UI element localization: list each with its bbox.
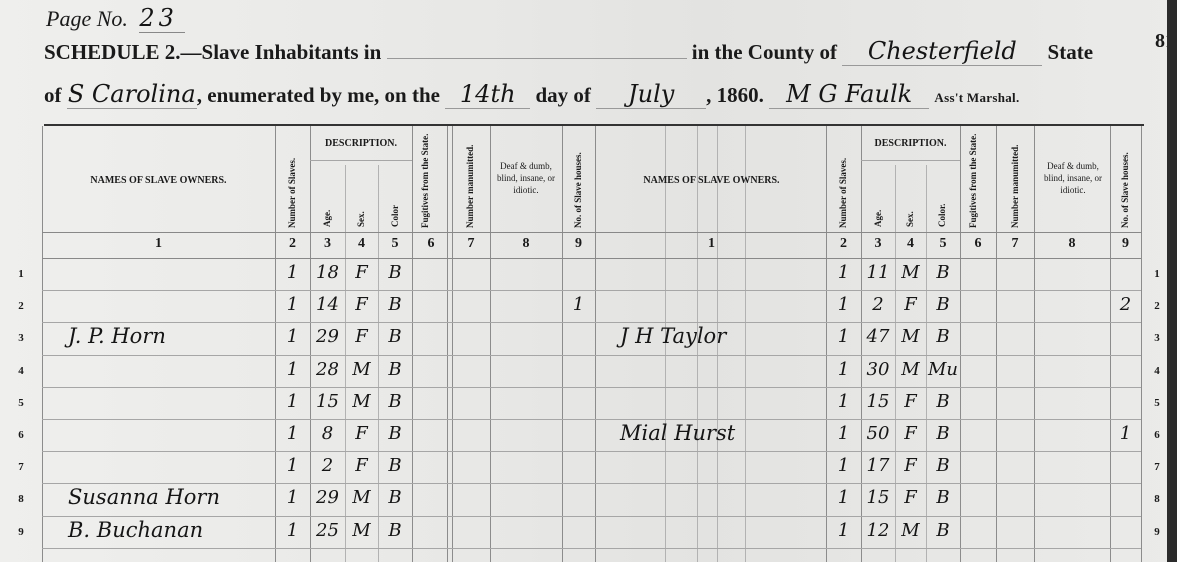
page-label: Page No. [46,6,128,31]
manumitted-header: Number manumitted. [465,130,475,228]
schedule-title-line: SCHEDULE 2.—Slave Inhabitants in in the … [44,37,1154,66]
description-header-right: DESCRIPTION. [861,138,960,150]
owner-name: B. Buchanan [68,518,203,542]
cell-age: 2 [861,294,895,315]
cell-color: B [926,391,960,412]
county-label: in the County of [692,40,837,64]
row-rule [42,548,1141,549]
grid-line [996,126,997,562]
page-number: 23 [139,4,185,33]
locality-blank [387,58,687,59]
table-top-rule [44,124,1144,126]
cell-color: B [378,262,412,283]
cell-color: B [378,294,412,315]
cell-color: B [378,423,412,444]
row-number-right: 6 [1150,429,1164,441]
grid-line [452,126,453,562]
cell-count: 1 [826,520,861,541]
marshal-label: Ass't Marshal. [934,90,1019,105]
owner-name: Susanna Horn [68,485,220,509]
colnum-1: 1 [42,236,275,252]
houses-header: No. of Slave houses. [573,130,583,228]
cell-sex: M [895,262,926,283]
page-number-label: Page No. 23 [46,4,185,33]
row-number: 9 [14,526,28,538]
grid-line [595,126,596,562]
sex-header: Sex. [356,195,366,227]
colnum-7-right: 7 [996,236,1034,252]
cell-sex: F [345,294,378,315]
row-rule [42,387,1141,388]
description-header: DESCRIPTION. [310,138,412,150]
cell-sex: F [345,455,378,476]
cell-count: 1 [275,294,310,315]
row-rule [42,516,1141,517]
names-header-right: NAMES OF SLAVE OWNERS. [597,175,826,187]
cell-count: 1 [275,520,310,541]
grid-line [1110,126,1111,562]
row-rule [42,355,1141,356]
cell-age: 25 [310,520,345,541]
cell-count: 1 [275,487,310,508]
cell-color: B [378,391,412,412]
row-number: 2 [14,300,28,312]
colnum-9: 9 [562,236,595,252]
cell-sex: M [895,359,926,380]
color-header-right: Color. [937,195,947,227]
colnum-6: 6 [412,236,450,252]
cell-count: 1 [826,326,861,347]
colnum-5-right: 5 [926,236,960,252]
cell-count: 1 [275,455,310,476]
cell-color: B [926,262,960,283]
colnum-9-right: 9 [1110,236,1141,252]
cell-count: 1 [826,487,861,508]
cell-count: 1 [275,391,310,412]
enumeration-line: of S Carolina, enumerated by me, on the … [44,80,1154,109]
cell-sex: F [345,423,378,444]
colnum-4: 4 [345,236,378,252]
row-number: 8 [14,493,28,505]
cell-age: 17 [861,455,895,476]
row-number-right: 5 [1150,397,1164,409]
cell-color: B [926,520,960,541]
cell-age: 2 [310,455,345,476]
houses-header-right: No. of Slave houses. [1120,130,1130,228]
cell-color: B [926,455,960,476]
header-bottom-rule [42,232,1141,233]
cell-count: 1 [826,455,861,476]
manumitted-header-right: Number manumitted. [1010,130,1020,228]
cell-count: 1 [826,294,861,315]
cell-age: 29 [310,487,345,508]
color-header: Color [390,195,400,227]
cell-count: 1 [826,262,861,283]
of-label: of [44,83,62,107]
cell-age: 15 [861,391,895,412]
cell-age: 15 [861,487,895,508]
cell-sex: F [895,423,926,444]
colnum-7: 7 [452,236,490,252]
cell-color: Mu [926,359,960,380]
fugitives-header-right: Fugitives from the State. [968,130,990,228]
age-header-right: Age. [873,195,883,227]
row-number: 4 [14,365,28,377]
colnum-2-right: 2 [826,236,861,252]
row-rule [42,290,1141,291]
cell-age: 50 [861,423,895,444]
cell-color: B [378,455,412,476]
names-header: NAMES OF SLAVE OWNERS. [42,175,275,187]
number-of-slaves-header-right: Number of Slaves. [838,140,848,228]
row-number-right: 4 [1150,365,1164,377]
cell-sex: F [345,326,378,347]
row-rule [42,451,1141,452]
cell-color: B [378,326,412,347]
grid-line [562,126,563,562]
grid-line [745,126,746,562]
row-number-right: 1 [1150,268,1164,280]
cell-color: B [378,359,412,380]
cell-sex: M [345,520,378,541]
grid-line [42,126,43,562]
cell-houses: 1 [1110,423,1141,444]
owner-name: J. P. Horn [68,324,166,348]
cell-color: B [926,294,960,315]
day-value: 14th [445,80,530,109]
cell-houses: 2 [1110,294,1141,315]
cell-sex: F [895,487,926,508]
state-value: S Carolina [67,80,197,109]
cell-count: 1 [826,359,861,380]
cell-age: 15 [310,391,345,412]
colnum-2: 2 [275,236,310,252]
row-number: 6 [14,429,28,441]
cell-age: 11 [861,262,895,283]
row-number: 1 [14,268,28,280]
page-edge [1167,0,1177,562]
fugitives-header: Fugitives from the State. [420,130,442,228]
row-number-right: 8 [1150,493,1164,505]
cell-age: 29 [310,326,345,347]
cell-sex: M [895,520,926,541]
schedule-title: SCHEDULE 2.—Slave Inhabitants in [44,40,381,64]
description-underline [310,160,412,161]
colnum-5: 5 [378,236,412,252]
row-number: 3 [14,332,28,344]
row-rule [42,483,1141,484]
cell-age: 28 [310,359,345,380]
cell-sex: M [345,359,378,380]
description-underline [861,160,960,161]
deaf-header-right: Deaf & dumb, blind, insane, or idiotic. [1038,160,1108,196]
cell-sex: F [895,455,926,476]
cell-age: 18 [310,262,345,283]
owner-name: J H Taylor [620,324,726,348]
cell-age: 30 [861,359,895,380]
cell-color: B [378,487,412,508]
cell-color: B [378,520,412,541]
cell-count: 1 [826,423,861,444]
cell-count: 1 [275,423,310,444]
cell-sex: M [895,326,926,347]
day-of-label: day of [535,83,590,107]
row-number: 7 [14,461,28,473]
owner-name: Mial Hurst [620,421,735,445]
cell-count: 1 [826,391,861,412]
marshal-signature: M G Faulk [769,80,929,109]
age-header: Age. [322,195,332,227]
row-number-right: 7 [1150,461,1164,473]
cell-sex: F [345,262,378,283]
row-number-right: 9 [1150,526,1164,538]
row-number-right: 2 [1150,300,1164,312]
grid-line [412,126,413,562]
colnum-8-right: 8 [1034,236,1110,252]
month-value: July [596,80,706,109]
cell-houses: 1 [562,294,595,315]
cell-sex: F [895,391,926,412]
cell-count: 1 [275,326,310,347]
cell-sex: M [345,391,378,412]
cell-age: 47 [861,326,895,347]
cell-count: 1 [275,359,310,380]
row-rule [42,419,1141,420]
enumerated-label: , enumerated by me, on the [197,83,440,107]
deaf-header: Deaf & dumb, blind, insane, or idiotic. [494,160,558,196]
cell-age: 8 [310,423,345,444]
colnum-3-right: 3 [861,236,895,252]
year-label: , 1860. [706,83,764,107]
state-label: State [1048,40,1094,64]
cell-sex: F [895,294,926,315]
cell-count: 1 [275,262,310,283]
colnum-4-right: 4 [895,236,926,252]
number-of-slaves-header: Number of Slaves. [287,140,297,228]
grid-line [960,126,961,562]
colnum-6-right: 6 [960,236,996,252]
row-number-right: 3 [1150,332,1164,344]
grid-line [490,126,491,562]
row-rule [42,322,1141,323]
cell-age: 14 [310,294,345,315]
cell-sex: M [345,487,378,508]
grid-line [447,126,448,562]
colnum-8: 8 [490,236,562,252]
cell-age: 12 [861,520,895,541]
colnum-3: 3 [310,236,345,252]
sex-header-right: Sex. [905,195,915,227]
colnum-bottom-rule [42,258,1141,259]
row-number: 5 [14,397,28,409]
county-value: Chesterfield [842,37,1042,66]
cell-color: B [926,423,960,444]
cell-color: B [926,326,960,347]
colnum-1-right: 1 [597,236,826,252]
grid-line [1141,126,1142,562]
grid-line [1034,126,1035,562]
cell-color: B [926,487,960,508]
